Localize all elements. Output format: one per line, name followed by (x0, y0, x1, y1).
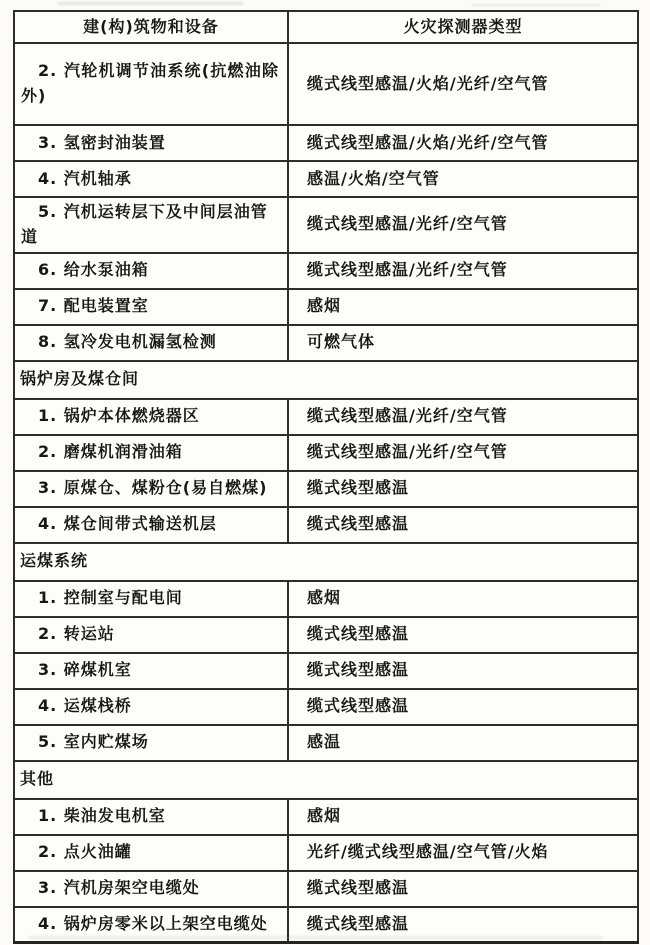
building-cell: 5. 室内贮煤场 (14, 725, 288, 761)
detector-cell: 缆式线型感温/火焰/光纤/空气管 (288, 43, 638, 125)
table-row: 8. 氢冷发电机漏氢检测 可燃气体 (14, 325, 638, 361)
section-label: 锅炉房及煤仓间 (14, 361, 638, 399)
section-row: 锅炉房及煤仓间 (14, 361, 638, 399)
detector-cell: 感烟 (288, 799, 638, 835)
detector-cell: 缆式线型感温/光纤/空气管 (288, 399, 638, 435)
scan-artifact (58, 2, 243, 5)
section-label: 其他 (14, 761, 638, 799)
building-cell: 6. 给水泵油箱 (14, 253, 288, 289)
table-header-row: 建(构)筑物和设备 火灾探测器类型 (14, 11, 638, 43)
building-cell: 2. 汽轮机调节油系统(抗燃油除外) (14, 43, 288, 125)
detector-cell: 感温/火焰/空气管 (288, 161, 638, 197)
table-row: 3. 氢密封油装置 缆式线型感温/火焰/光纤/空气管 (14, 125, 638, 161)
building-cell: 2. 转运站 (14, 617, 288, 653)
table-row: 2. 汽轮机调节油系统(抗燃油除外) 缆式线型感温/火焰/光纤/空气管 (14, 43, 638, 125)
detector-cell: 可燃气体 (288, 325, 638, 361)
building-cell: 1. 柴油发电机室 (14, 799, 288, 835)
detector-cell: 感烟 (288, 581, 638, 617)
building-cell: 3. 汽机房架空电缆处 (14, 871, 288, 907)
table-row: 3. 汽机房架空电缆处 缆式线型感温 (14, 871, 638, 907)
scan-artifact (472, 4, 600, 6)
table-row: 1. 控制室与配电间 感烟 (14, 581, 638, 617)
section-row: 运煤系统 (14, 543, 638, 581)
table-row: 2. 磨煤机润滑油箱 缆式线型感温/光纤/空气管 (14, 435, 638, 471)
table-row: 7. 配电装置室 感烟 (14, 289, 638, 325)
table-row: 4. 煤仓间带式输送机层 缆式线型感温 (14, 507, 638, 543)
building-cell: 2. 点火油罐 (14, 835, 288, 871)
table-row: 5. 汽机运转层下及中间层油管道 缆式线型感温/光纤/空气管 (14, 197, 638, 253)
table-row: 1. 柴油发电机室 感烟 (14, 799, 638, 835)
building-cell: 3. 氢密封油装置 (14, 125, 288, 161)
detector-cell: 缆式线型感温/光纤/空气管 (288, 253, 638, 289)
detector-cell: 缆式线型感温 (288, 907, 638, 943)
table-row: 3. 原煤仓、煤粉仓(易自燃煤) 缆式线型感温 (14, 471, 638, 507)
detector-cell: 缆式线型感温 (288, 871, 638, 907)
building-cell: 4. 运煤栈桥 (14, 689, 288, 725)
table-row: 6. 给水泵油箱 缆式线型感温/光纤/空气管 (14, 253, 638, 289)
table-row: 4. 汽机轴承 感温/火焰/空气管 (14, 161, 638, 197)
scanned-document-page: 建(构)筑物和设备 火灾探测器类型 2. 汽轮机调节油系统(抗燃油除外) 缆式线… (0, 0, 650, 945)
building-cell: 3. 原煤仓、煤粉仓(易自燃煤) (14, 471, 288, 507)
table-row: 4. 运煤栈桥 缆式线型感温 (14, 689, 638, 725)
detector-cell: 缆式线型感温 (288, 653, 638, 689)
building-cell: 3. 碎煤机室 (14, 653, 288, 689)
building-cell: 4. 煤仓间带式输送机层 (14, 507, 288, 543)
section-label: 运煤系统 (14, 543, 638, 581)
building-cell: 1. 控制室与配电间 (14, 581, 288, 617)
detector-cell: 缆式线型感温 (288, 471, 638, 507)
building-cell: 8. 氢冷发电机漏氢检测 (14, 325, 288, 361)
detector-cell: 缆式线型感温/光纤/空气管 (288, 197, 638, 253)
detector-cell: 感烟 (288, 289, 638, 325)
building-cell: 5. 汽机运转层下及中间层油管道 (14, 197, 288, 253)
column-header-detector: 火灾探测器类型 (288, 11, 638, 43)
table-row: 2. 点火油罐 光纤/缆式线型感温/空气管/火焰 (14, 835, 638, 871)
column-header-building: 建(构)筑物和设备 (14, 11, 288, 43)
detector-cell: 缆式线型感温 (288, 507, 638, 543)
building-cell: 2. 磨煤机润滑油箱 (14, 435, 288, 471)
building-cell: 4. 汽机轴承 (14, 161, 288, 197)
building-cell: 4. 锅炉房零米以上架空电缆处 (14, 907, 288, 943)
table-row: 5. 室内贮煤场 感温 (14, 725, 638, 761)
building-cell: 7. 配电装置室 (14, 289, 288, 325)
detector-cell: 光纤/缆式线型感温/空气管/火焰 (288, 835, 638, 871)
section-row: 其他 (14, 761, 638, 799)
detector-cell: 感温 (288, 725, 638, 761)
detector-cell: 缆式线型感温 (288, 689, 638, 725)
table-row: 2. 转运站 缆式线型感温 (14, 617, 638, 653)
fire-detector-table: 建(构)筑物和设备 火灾探测器类型 2. 汽轮机调节油系统(抗燃油除外) 缆式线… (13, 10, 639, 944)
detector-cell: 缆式线型感温 (288, 617, 638, 653)
table-row: 1. 锅炉本体燃烧器区 缆式线型感温/光纤/空气管 (14, 399, 638, 435)
detector-cell: 缆式线型感温/光纤/空气管 (288, 435, 638, 471)
building-cell: 1. 锅炉本体燃烧器区 (14, 399, 288, 435)
table-row: 4. 锅炉房零米以上架空电缆处 缆式线型感温 (14, 907, 638, 943)
detector-cell: 缆式线型感温/火焰/光纤/空气管 (288, 125, 638, 161)
table-row: 3. 碎煤机室 缆式线型感温 (14, 653, 638, 689)
